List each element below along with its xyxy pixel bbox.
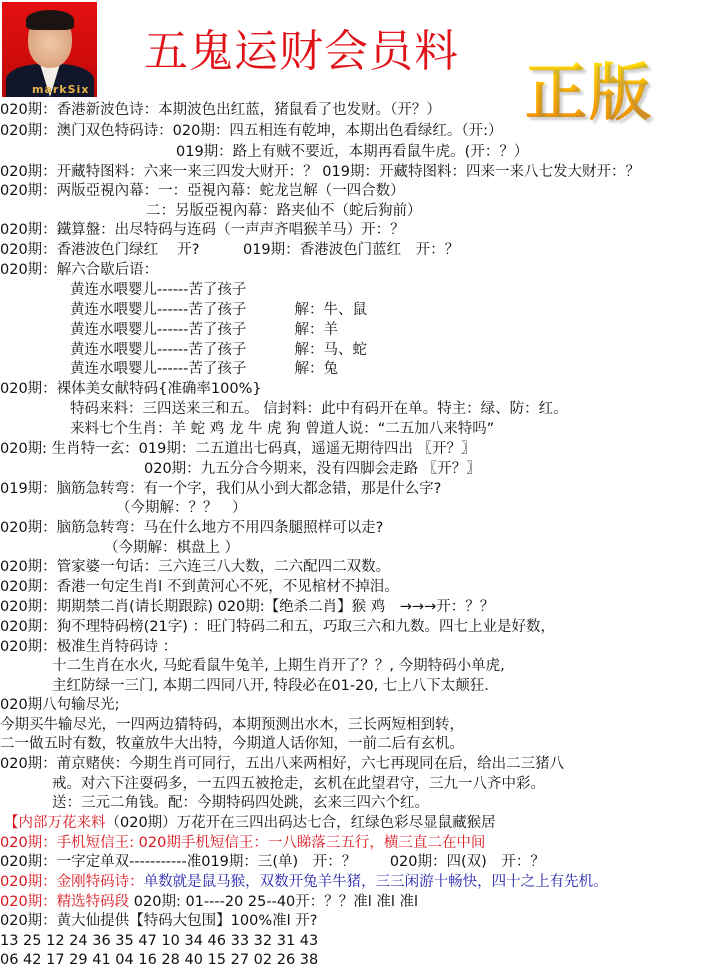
kingkong-line: 020期：金刚特码诗：单数就是鼠马猴，双数开兔羊牛猪，三三闲游十畅快，四十之上有… <box>0 872 608 892</box>
wanhua-text: （020期）万花开在三四出码达七合，红绿色彩尽显鼠藏猴居 <box>106 815 496 831</box>
content-line: 十二生肖在水火, 马蛇看鼠牛兔羊, 上期生肖开了？？, 今期特码小单虎, <box>52 656 505 676</box>
kingkong-label: 020期：金刚特码诗： <box>0 874 144 890</box>
numbers-row-1: 13 25 12 24 36 35 47 10 34 46 33 32 31 4… <box>0 931 318 951</box>
content-line: 二：另版亞視內幕：路夹仙不（蛇后狗前） <box>146 201 422 221</box>
content-line: 020期：九五分合今期来，没有四脚会走路 〖开？〗 <box>144 459 481 479</box>
content-line: 特码来料：三四送来三和五。 信封料：此中有码开在单。特主：绿、防：红。 <box>70 399 568 419</box>
content-line: 今期买牛输尽光，一四两边猜特码，本期预测出水木，三长两短相到转， <box>0 715 464 735</box>
content-line: 020期：狗不理特码榜(21字) ：旺门特码二和五，巧取三六和九数。四七上业是好… <box>0 617 555 637</box>
content-line: 020期：香港新波色诗：本期波色出红蓝，猪鼠看了也发财。（开？） <box>0 100 441 120</box>
content-line: 020期：管家婆一句话：三六连三八大数，二六配四二双数。 <box>0 557 390 577</box>
content-line: 020期：期期禁二肖(请长期跟踪) 020期:【绝杀二肖】猴 鸡 →→→开：？？ <box>0 597 494 617</box>
content-line: 黄连水喂婴儿------苦了孩子 解：马、蛇 <box>70 340 367 360</box>
page-title: 五鬼运财会员料 <box>144 24 459 80</box>
wanhua-label: 【内部万花来料 <box>4 815 106 831</box>
photo-hair <box>26 10 74 30</box>
content-line: （今期解：棋盘上 ） <box>104 538 239 558</box>
sms-line: 020期：手机短信王: 020期手机短信王：一八睇落三五行，横三直二在中间 <box>0 833 485 853</box>
content-line: 来料七个生肖：羊 蛇 鸡 龙 牛 虎 狗 曾道人说：“二五加八来特吗” <box>70 419 494 439</box>
content-line: 019期：路上有贼不要近，本期再看鼠牛虎。(开：？） <box>176 142 528 162</box>
content-line: 020期：鐵算盤：出尽特码与连码（一声声齐唱猴羊马）开：？ <box>0 220 405 240</box>
kingkong-text: 单数就是鼠马猴，双数开兔羊牛猪，三三闲游十畅快，四十之上有先机。 <box>144 874 608 890</box>
content-line: 主红防绿一三门, 本期二四同八开, 特段必在01-20, 七上八下太颠狂. <box>52 676 489 696</box>
wong-tai-sin-line: 020期：黄大仙提供【特码大包围】100%准l 开? <box>0 911 317 931</box>
segment-line: 020期：精选特码段 020期: 01----20 25--40开：？？准l 准… <box>0 892 418 912</box>
content-line: 送：三元二角钱。配：今期特码四处跳，玄来三四六个红。 <box>52 793 429 813</box>
content-line: 020期：莆京赌侠：今期生肖可同行，五出八来两相好，六七再现同在后，给出二三猪八 <box>0 754 564 774</box>
content-line: 020期：开藏特图料：六来一来三四发大财开：？ 019期：开藏特图料：四来一来八… <box>0 162 640 182</box>
content-line: 戒。对六下注耍码多，一五四五被抢走，玄机在此望君守，三九一八齐中彩。 <box>52 774 545 794</box>
content-line: 020期：澳门双色特码诗：020期：四五相连有乾坤，本期出色看绿红。（开:） <box>0 121 503 141</box>
header-photo: markSix <box>2 2 97 97</box>
single-double-line: 020期：一字定单双-----------准019期：三(单) 开：？ 020期… <box>0 852 545 872</box>
content-line: 020期八句输尽光; <box>0 695 120 715</box>
segment-text: 020期: 01----20 25--40开：？？准l 准l 准l <box>129 894 418 910</box>
content-line: 黄连水喂婴儿------苦了孩子 解：兔 <box>70 359 338 379</box>
content-line: 020期：香港波色门绿红 开? 019期：香港波色门蓝红 开：？ <box>0 240 459 260</box>
content-line: 020期: 生肖特一玄：019期：二五道出七码真，遥遥无期待四出 〖开？〗 <box>0 439 475 459</box>
content-line: （今期解：？？ ） <box>116 498 247 518</box>
content-line: 019期：脑筋急转弯：有一个字，我们从小到大都念错，那是什么字? <box>0 479 441 499</box>
content-line: 二一做五时有数，牧童放牛大出特，今期道人话你知，一前二后有玄机。 <box>0 734 464 754</box>
content-line: 020期：脑筋急转弯：马在什么地方不用四条腿照样可以走? <box>0 518 383 538</box>
photo-watermark: markSix <box>32 83 89 96</box>
content-line: 黄连水喂婴儿------苦了孩子 解：羊 <box>70 320 338 340</box>
content-line: 020期：裸体美女献特码{准确率100%} <box>0 379 262 399</box>
segment-label: 020期：精选特码段 <box>0 894 129 910</box>
content-line: 020期：两版亞視內幕：一：亞視內幕：蛇龙岂解（一四合数） <box>0 181 405 201</box>
content-line: 020期：解六合歇后语： <box>0 260 158 280</box>
content-line: 黄连水喂婴儿------苦了孩子 解：牛、鼠 <box>70 300 367 320</box>
content-line: 020期：极准生肖特码诗 ： <box>0 637 177 657</box>
content-line: 黄连水喂婴儿------苦了孩子 <box>70 280 246 300</box>
numbers-row-2: 06 42 17 29 41 04 16 28 40 15 27 02 26 3… <box>0 950 318 969</box>
wanhua-line: 【内部万花来料（020期）万花开在三四出码达七合，红绿色彩尽显鼠藏猴居 <box>4 813 496 833</box>
content-line: 020期：香港一句定生肖l 不到黄河心不死，不见棺材不掉泪。 <box>0 577 399 597</box>
authentic-badge: 正版 <box>525 55 653 131</box>
